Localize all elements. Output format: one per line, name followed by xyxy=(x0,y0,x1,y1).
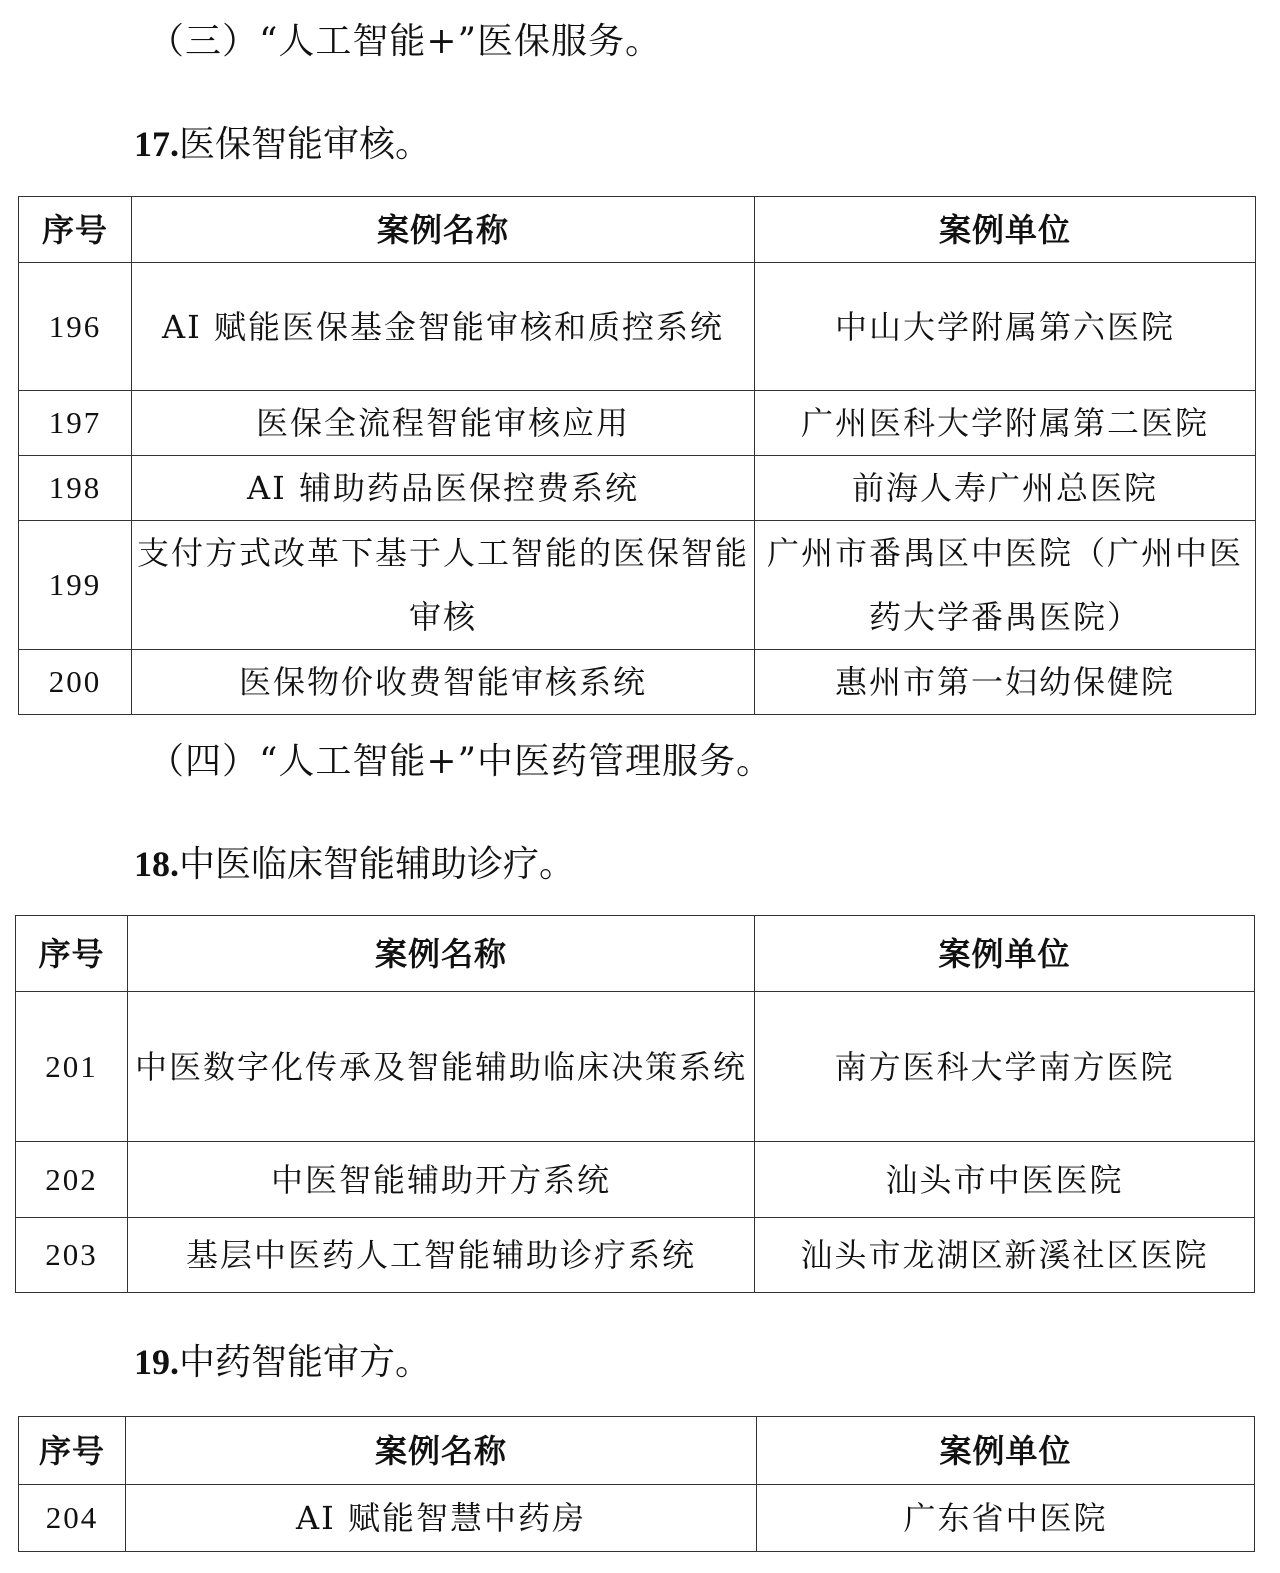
header-index: 序号 xyxy=(19,197,132,263)
heading-title: 医保智能审核。 xyxy=(179,124,431,165)
heading-number: 19. xyxy=(134,1342,179,1382)
row-index: 204 xyxy=(19,1485,126,1552)
row-index: 199 xyxy=(19,521,132,650)
table-header-row: 序号 案例名称 案例单位 xyxy=(16,916,1255,992)
section-heading-17: 17.医保智能审核。 xyxy=(134,122,431,167)
heading-number: 17. xyxy=(134,124,179,164)
table-row: 204 AI 赋能智慧中药房 广东省中医院 xyxy=(19,1485,1255,1552)
section-heading-18: 18.中医临床智能辅助诊疗。 xyxy=(134,842,575,887)
row-case-unit: 南方医科大学南方医院 xyxy=(755,992,1255,1142)
case-table-19: 序号 案例名称 案例单位 204 AI 赋能智慧中药房 广东省中医院 xyxy=(18,1416,1255,1552)
row-index: 197 xyxy=(19,391,132,456)
row-case-unit: 汕头市中医医院 xyxy=(755,1142,1255,1218)
table-row: 198 AI 辅助药品医保控费系统 前海人寿广州总医院 xyxy=(19,456,1256,521)
row-case-name: 中医智能辅助开方系统 xyxy=(128,1142,755,1218)
heading-title: 中药智能审方。 xyxy=(179,1342,431,1383)
row-index: 200 xyxy=(19,650,132,715)
row-case-unit: 惠州市第一妇幼保健院 xyxy=(755,650,1256,715)
table-row: 202 中医智能辅助开方系统 汕头市中医医院 xyxy=(16,1142,1255,1218)
table-row: 203 基层中医药人工智能辅助诊疗系统 汕头市龙湖区新溪社区医院 xyxy=(16,1218,1255,1293)
row-case-unit: 前海人寿广州总医院 xyxy=(755,456,1256,521)
heading-number: 18. xyxy=(134,844,179,884)
row-index: 203 xyxy=(16,1218,128,1293)
header-case-name: 案例名称 xyxy=(126,1417,757,1485)
row-case-unit: 汕头市龙湖区新溪社区医院 xyxy=(755,1218,1255,1293)
subsection-title: （三）“人工智能+”医保服务。 xyxy=(148,20,662,64)
row-case-name: 支付方式改革下基于人工智能的医保智能审核 xyxy=(132,521,755,650)
header-case-name: 案例名称 xyxy=(128,916,755,992)
table-row: 197 医保全流程智能审核应用 广州医科大学附属第二医院 xyxy=(19,391,1256,456)
table-row: 199 支付方式改革下基于人工智能的医保智能审核 广州市番禺区中医院（广州中医药… xyxy=(19,521,1256,650)
row-index: 196 xyxy=(19,263,132,391)
header-case-unit: 案例单位 xyxy=(755,916,1255,992)
row-case-unit: 广州市番禺区中医院（广州中医药大学番禺医院） xyxy=(755,521,1256,650)
row-case-unit: 中山大学附属第六医院 xyxy=(755,263,1256,391)
header-case-unit: 案例单位 xyxy=(755,197,1256,263)
table-row: 201 中医数字化传承及智能辅助临床决策系统 南方医科大学南方医院 xyxy=(16,992,1255,1142)
header-index: 序号 xyxy=(16,916,128,992)
table-row: 196 AI 赋能医保基金智能审核和质控系统 中山大学附属第六医院 xyxy=(19,263,1256,391)
header-index: 序号 xyxy=(19,1417,126,1485)
table-header-row: 序号 案例名称 案例单位 xyxy=(19,1417,1255,1485)
row-case-name: 中医数字化传承及智能辅助临床决策系统 xyxy=(128,992,755,1142)
section-heading-19: 19.中药智能审方。 xyxy=(134,1340,431,1385)
heading-title: 中医临床智能辅助诊疗。 xyxy=(179,844,575,885)
row-case-name: AI 赋能智慧中药房 xyxy=(126,1485,757,1552)
row-index: 198 xyxy=(19,456,132,521)
header-case-name: 案例名称 xyxy=(132,197,755,263)
table-header-row: 序号 案例名称 案例单位 xyxy=(19,197,1256,263)
row-case-unit: 广东省中医院 xyxy=(757,1485,1255,1552)
row-case-name: AI 赋能医保基金智能审核和质控系统 xyxy=(132,263,755,391)
case-table-17: 序号 案例名称 案例单位 196 AI 赋能医保基金智能审核和质控系统 中山大学… xyxy=(18,196,1256,715)
row-index: 201 xyxy=(16,992,128,1142)
header-case-unit: 案例单位 xyxy=(757,1417,1255,1485)
row-case-name: 医保全流程智能审核应用 xyxy=(132,391,755,456)
row-case-name: 基层中医药人工智能辅助诊疗系统 xyxy=(128,1218,755,1293)
row-index: 202 xyxy=(16,1142,128,1218)
row-case-name: AI 辅助药品医保控费系统 xyxy=(132,456,755,521)
row-case-name: 医保物价收费智能审核系统 xyxy=(132,650,755,715)
table-row: 200 医保物价收费智能审核系统 惠州市第一妇幼保健院 xyxy=(19,650,1256,715)
row-case-unit: 广州医科大学附属第二医院 xyxy=(755,391,1256,456)
subsection-title: （四）“人工智能+”中医药管理服务。 xyxy=(148,740,773,784)
case-table-18: 序号 案例名称 案例单位 201 中医数字化传承及智能辅助临床决策系统 南方医科… xyxy=(15,915,1255,1293)
